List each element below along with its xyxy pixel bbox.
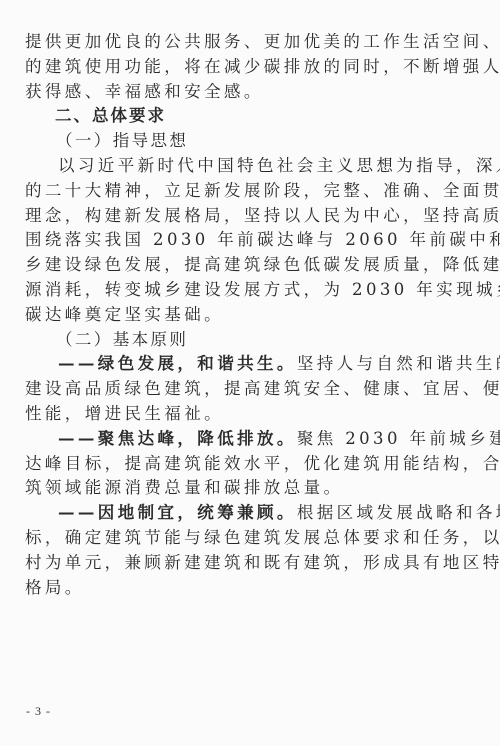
paragraph-line: 村为单元，兼顾新建建筑和既有建筑，形成具有地区特色的发展: [25, 551, 468, 576]
document-page: 提供更加优良的公共服务、更加优美的工作生活空间、更加完善 的建筑使用功能，将在减…: [25, 30, 468, 600]
paragraph-line: 源消耗，转变城乡建设发展方式，为 2030 年实现城乡建设领域: [25, 278, 468, 303]
paragraph-line: 格局。: [25, 576, 468, 601]
paragraph-line: 围绕落实我国 2030 年前碳达峰与 2060 年前碳中和目标，立足城: [25, 228, 468, 253]
principle-text: 坚持人与自然和谐共生的理念，: [297, 354, 500, 373]
section-heading: 二、总体要求: [25, 104, 468, 129]
principle-text: 根据区域发展战略和各地发展目: [297, 503, 500, 522]
paragraph-line: 建设高品质绿色建筑，提高建筑安全、健康、宜居、便利、节约: [25, 377, 468, 402]
principle-title: ——因地制宜，统筹兼顾。: [58, 503, 297, 522]
paragraph-line: 性能，增进民生福祉。: [25, 402, 468, 427]
paragraph-line: 以习近平新时代中国特色社会主义思想为指导，深入贯彻党: [25, 154, 468, 179]
paragraph-line: 标，确定建筑节能与绿色建筑发展总体要求和任务，以城市和乡: [25, 526, 468, 551]
page-number: - 3 -: [26, 704, 51, 719]
paragraph-line: 达峰目标，提高建筑能效水平，优化建筑用能结构，合理控制建: [25, 452, 468, 477]
principle-title: ——绿色发展，和谐共生。: [58, 354, 297, 373]
subsection-heading-guiding-ideology: （一）指导思想: [25, 129, 468, 154]
paragraph-line: 理念，构建新发展格局，坚持以人民为中心，坚持高质量发展，: [25, 204, 468, 229]
paragraph-line: 获得感、幸福感和安全感。: [25, 80, 468, 105]
subsection-heading-basic-principles: （二）基本原则: [25, 328, 468, 353]
paragraph-line: 筑领域能源消费总量和碳排放总量。: [25, 476, 468, 501]
principle-title: ——聚焦达峰，降低排放。: [58, 429, 297, 448]
paragraph-line: 提供更加优良的公共服务、更加优美的工作生活空间、更加完善: [25, 30, 468, 55]
principle-local-conditions: ——因地制宜，统筹兼顾。根据区域发展战略和各地发展目: [25, 501, 468, 526]
paragraph-line: 乡建设绿色发展，提高建筑绿色低碳发展质量，降低建筑能源资: [25, 253, 468, 278]
paragraph-line: 的建筑使用功能，将在减少碳排放的同时，不断增强人民群众的: [25, 55, 468, 80]
principle-text: 聚焦 2030 年前城乡建设领域碳: [297, 429, 500, 448]
paragraph-line: 的二十大精神，立足新发展阶段，完整、准确、全面贯彻新发展: [25, 179, 468, 204]
paragraph-line: 碳达峰奠定坚实基础。: [25, 303, 468, 328]
principle-green-development: ——绿色发展，和谐共生。坚持人与自然和谐共生的理念，: [25, 352, 468, 377]
principle-peak-carbon: ——聚焦达峰，降低排放。聚焦 2030 年前城乡建设领域碳: [25, 427, 468, 452]
